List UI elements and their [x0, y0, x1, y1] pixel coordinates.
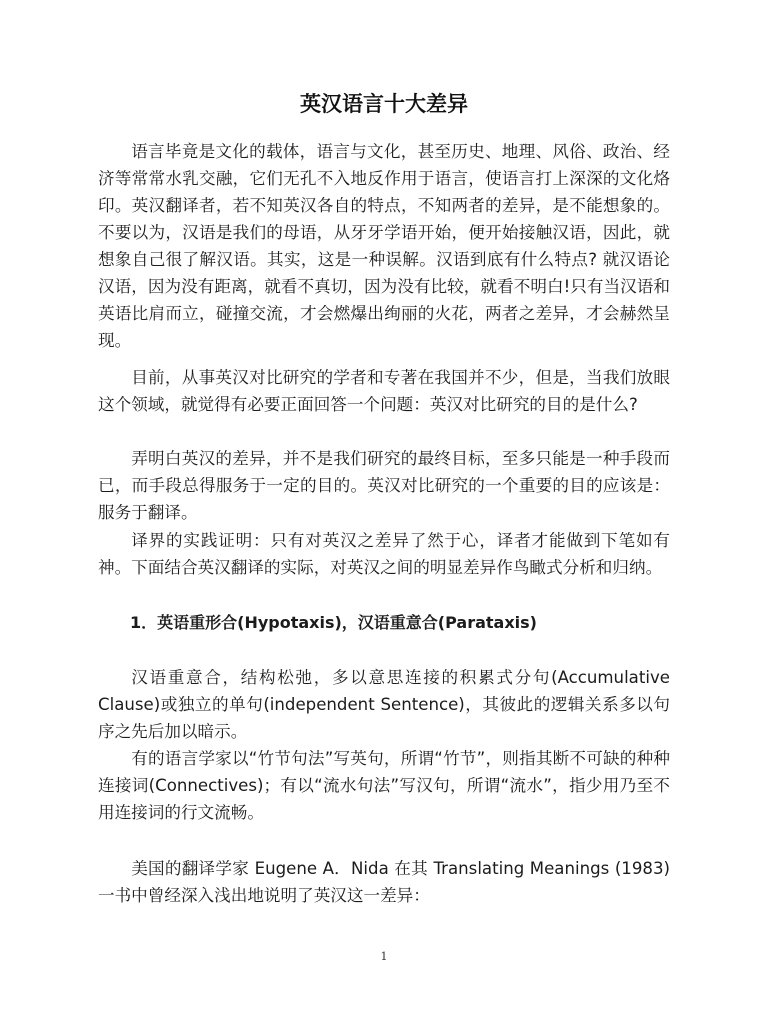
paragraph-nida: 美国的翻译学家 Eugene A．Nida 在其 Translating Mea…	[98, 855, 670, 909]
paragraph-bamboo-syntax: 有的语言学家以“竹节句法”写英句，所谓“竹节”，则指其断不可缺的种种连接词(Co…	[98, 745, 670, 826]
document-title: 英汉语言十大差异	[0, 88, 768, 118]
page-number: 1	[0, 950, 768, 963]
paragraph-parataxis: 汉语重意合，结构松弛，多以意思连接的积累式分句(Accumulative Cla…	[98, 664, 670, 745]
document-page: 英汉语言十大差异 语言毕竟是文化的载体，语言与文化，甚至历史、地理、风俗、政治、…	[0, 0, 768, 1024]
paragraph-research-purpose: 目前，从事英汉对比研究的学者和专著在我国并不少，但是，当我们放眼这个领域，就觉得…	[98, 364, 670, 418]
paragraph-translation-practice: 译界的实践证明：只有对英汉之差异了然于心，译者才能做到下笔如有神。下面结合英汉翻…	[98, 527, 670, 581]
paragraph-intro: 语言毕竟是文化的载体，语言与文化，甚至历史、地理、风俗、政治、经济等常常水乳交融…	[98, 138, 670, 354]
paragraph-differences-means: 弄明白英汉的差异，并不是我们研究的最终目标，至多只能是一种手段而已，而手段总得服…	[98, 445, 670, 526]
section-heading: 1．英语重形合(Hypotaxis)，汉语重意合(Parataxis)	[98, 609, 670, 636]
